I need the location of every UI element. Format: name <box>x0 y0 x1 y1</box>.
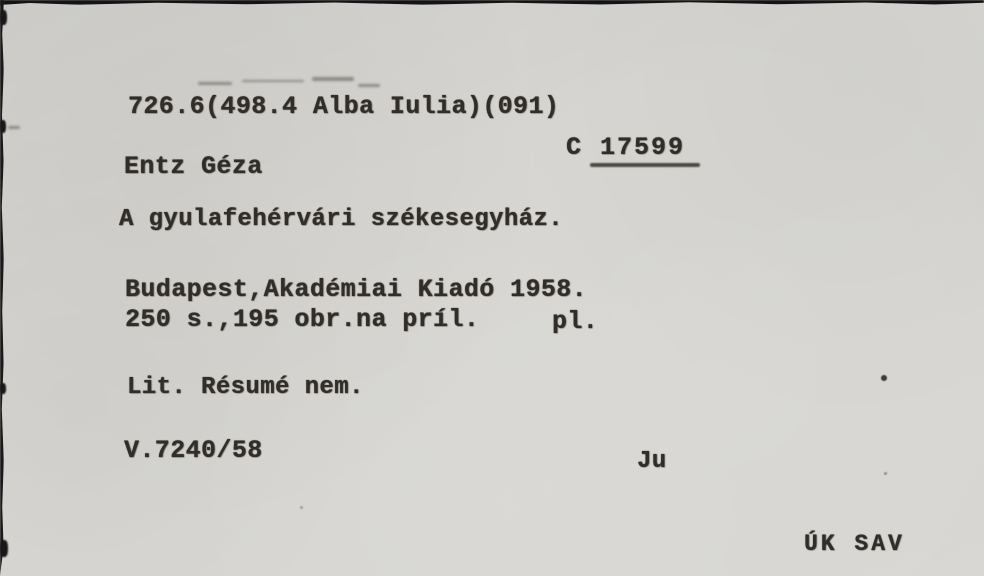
scan-edge-notch <box>0 540 8 557</box>
eraser-smudge <box>312 77 354 81</box>
ink-speck <box>881 375 887 381</box>
scan-top-edge <box>0 0 984 5</box>
catalog-card: 726.6(498.4 Alba Iulia)(091) C 17599 Ent… <box>0 0 984 576</box>
eraser-smudge <box>198 82 232 85</box>
library-code-stamp: ÚK SAV <box>804 533 905 556</box>
copies-note: pl. <box>552 309 598 334</box>
ink-speck <box>300 506 303 509</box>
scan-edge-notch <box>0 383 6 394</box>
scan-left-edge <box>0 0 4 576</box>
book-title: A gyulafehérvári székesegyház. <box>119 208 563 232</box>
accession-number: C 17599 <box>566 135 685 160</box>
ink-speck <box>884 472 887 475</box>
imprint-line: Budapest,Akadémiai Kiadó 1958. <box>125 277 587 302</box>
author-name: Entz Géza <box>124 154 263 179</box>
accession-underline <box>590 163 700 167</box>
eraser-smudge <box>242 80 304 82</box>
classification-number: 726.6(498.4 Alba Iulia)(091) <box>128 94 559 119</box>
cataloguer-initials: Ju <box>637 450 667 474</box>
language-note: Lit. Résumé nem. <box>127 376 364 400</box>
collation-line: 250 s.,195 obr.na príl. <box>125 307 479 332</box>
pencil-mark <box>8 126 20 129</box>
scan-edge-notch <box>0 120 6 133</box>
eraser-smudge <box>358 84 380 87</box>
scan-edge-notch <box>0 10 7 25</box>
record-number: V.7240/58 <box>124 438 263 463</box>
